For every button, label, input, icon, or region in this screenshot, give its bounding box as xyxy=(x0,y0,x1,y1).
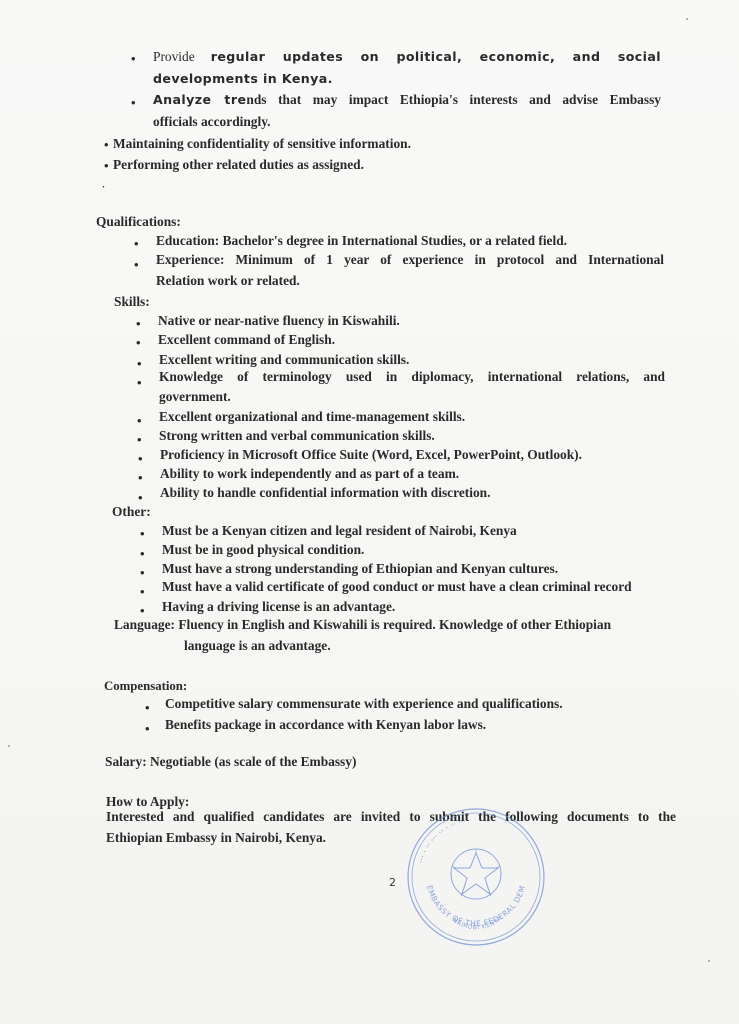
scan-speck xyxy=(708,960,710,962)
salary-line: Salary: Negotiable (as scale of the Emba… xyxy=(105,754,356,770)
bullet: • xyxy=(137,356,142,372)
skill-item: Excellent command of English. xyxy=(158,332,335,348)
duty-sub-bullet-1-line2: developments in Kenya. xyxy=(153,71,333,87)
bullet: • xyxy=(131,51,136,67)
qualification-item: Experience: Minimum of 1 year of experie… xyxy=(156,252,664,268)
scan-speck xyxy=(686,18,688,20)
bullet: • xyxy=(145,700,150,716)
embassy-stamp-icon: EMBASSY OF THE FEDERAL DEMOCRATIC REPUBL… xyxy=(405,806,547,948)
other-item: Must be in good physical condition. xyxy=(162,542,364,558)
bullet: • xyxy=(145,721,150,737)
bullet: • xyxy=(137,413,142,429)
how-to-apply-heading: How to Apply: xyxy=(106,794,189,810)
duty-sub-bullet-1: Provide regular updates on political, ec… xyxy=(153,49,661,65)
how-to-apply-line2: Ethiopian Embassy in Nairobi, Kenya. xyxy=(106,830,326,846)
bullet: • xyxy=(136,335,141,351)
bullet: • xyxy=(137,432,142,448)
skill-item: Knowledge of terminology used in diploma… xyxy=(159,369,665,385)
compensation-heading: Compensation: xyxy=(104,679,187,694)
bullet: • xyxy=(131,95,136,111)
bullet: • xyxy=(140,546,145,562)
skills-heading: Skills: xyxy=(114,294,150,310)
skill-item: Excellent writing and communication skil… xyxy=(159,352,409,368)
bullet: • xyxy=(138,470,143,486)
duty-lead: Analyze tre xyxy=(153,92,246,107)
language-requirement: Language: Fluency in English and Kiswahi… xyxy=(114,617,611,633)
skill-item: Proficiency in Microsoft Office Suite (W… xyxy=(160,447,582,463)
bullet: • xyxy=(138,451,143,467)
duty-text: regular updates on political, economic, … xyxy=(211,49,661,64)
other-item: Must be a Kenyan citizen and legal resid… xyxy=(162,523,517,539)
qualification-item: Education: Bachelor's degree in Internat… xyxy=(156,233,567,249)
bullet: • xyxy=(104,158,109,174)
qualifications-heading: Qualifications: xyxy=(96,214,181,230)
document-page: • Provide regular updates on political, … xyxy=(0,0,739,1024)
other-item: Having a driving license is an advantage… xyxy=(162,599,395,615)
skill-item: Strong written and verbal communication … xyxy=(159,428,435,444)
bullet: • xyxy=(136,316,141,332)
bullet: • xyxy=(140,565,145,581)
how-to-apply-line1: Interested and qualified candidates are … xyxy=(106,809,676,825)
skill-item: Native or near-native fluency in Kiswahi… xyxy=(158,313,400,329)
stray-mark: · xyxy=(102,182,105,192)
bullet: • xyxy=(134,257,139,273)
duty-item: Performing other related duties as assig… xyxy=(113,157,364,173)
qualification-item-line2: Relation work or related. xyxy=(156,273,300,289)
svg-text:ꞏꞏꞏ ꞏ ꞏꞏ ꞏꞏꞏ ꞏꞏ ꞏ ꞏꞏ ꞏꞏꞏ: ꞏꞏꞏ ꞏ ꞏꞏ ꞏꞏꞏ ꞏꞏ ꞏ ꞏꞏ ꞏꞏꞏ xyxy=(417,817,467,864)
skill-item-line2: government. xyxy=(159,389,231,405)
compensation-item: Competitive salary commensurate with exp… xyxy=(165,696,563,712)
compensation-item: Benefits package in accordance with Keny… xyxy=(165,717,486,733)
page-number: 2 xyxy=(389,876,396,889)
skill-item: Ability to handle confidential informati… xyxy=(160,485,490,501)
bullet: • xyxy=(104,137,109,153)
duty-text: nds that may impact Ethiopia's interests… xyxy=(246,92,661,107)
bullet: • xyxy=(140,584,145,600)
scan-speck xyxy=(8,745,10,747)
other-item: Must have a valid certificate of good co… xyxy=(162,579,632,595)
other-heading: Other: xyxy=(112,504,151,520)
skill-item-line1: Knowledge of terminology used in diploma… xyxy=(159,369,665,385)
how-to-apply-text: Interested and qualified candidates are … xyxy=(106,809,676,825)
skill-item: Ability to work independently and as par… xyxy=(160,466,459,482)
duty-sub-bullet-2: Analyze trends that may impact Ethiopia'… xyxy=(153,92,661,108)
skill-item: Excellent organizational and time-manage… xyxy=(159,409,465,425)
other-item: Must have a strong understanding of Ethi… xyxy=(162,561,558,577)
qualification-item-line1: Experience: Minimum of 1 year of experie… xyxy=(156,252,664,268)
duty-lead: Provide xyxy=(153,49,195,64)
duty-sub-bullet-2-line2: officials accordingly. xyxy=(153,114,271,130)
language-requirement-line2: language is an advantage. xyxy=(184,638,331,654)
duty-item: Maintaining confidentiality of sensitive… xyxy=(113,136,411,152)
bullet: • xyxy=(140,526,145,542)
bullet: • xyxy=(134,236,139,252)
bullet: • xyxy=(137,375,142,391)
